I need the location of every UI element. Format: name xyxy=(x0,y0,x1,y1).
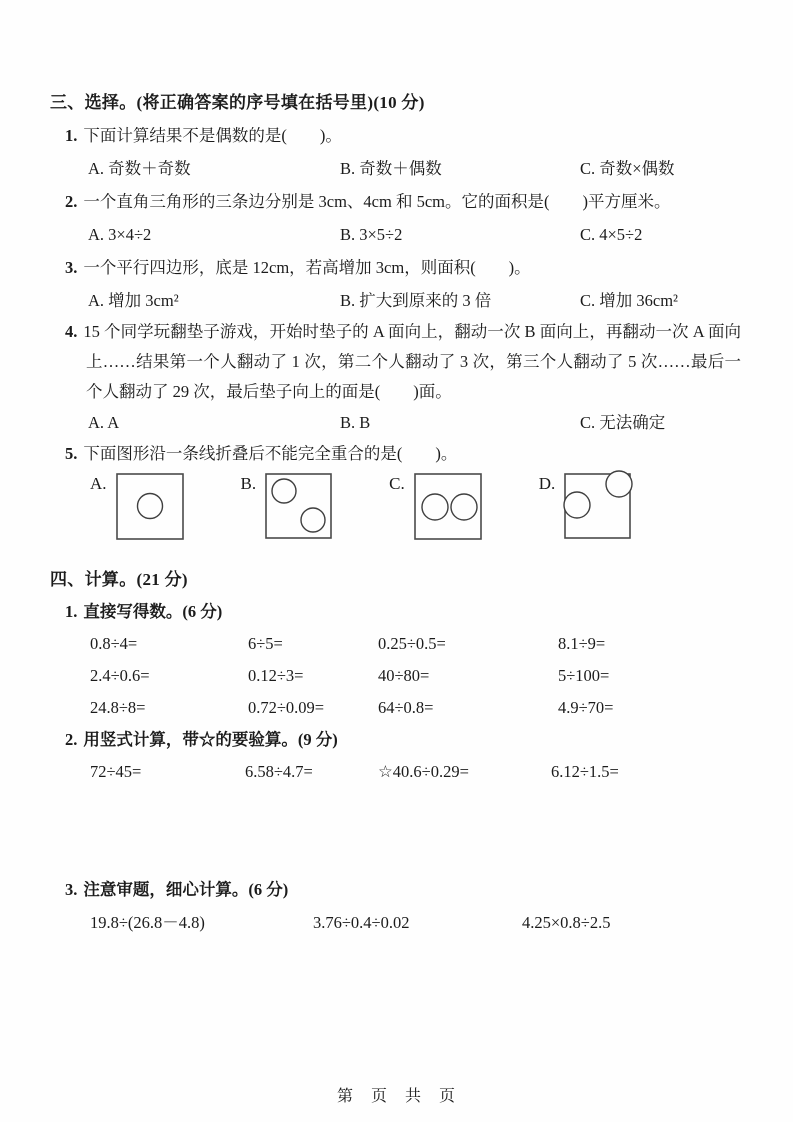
subsection-vertical-title: 2.用竖式计算，带☆的要验算。(9 分) xyxy=(50,724,755,756)
figure-circle xyxy=(272,479,296,503)
figure-label: D. xyxy=(539,474,556,494)
square-with-circles-figure xyxy=(265,473,332,539)
work-space xyxy=(50,788,755,874)
question-text: 一个直角三角形的三条边分别是 3cm、4cm 和 5cm。它的面积是( )平方厘… xyxy=(83,192,670,211)
math-problem: 5÷100= xyxy=(558,660,755,692)
math-problem: 19.8÷(26.8－4.8) xyxy=(90,906,313,939)
subsection-title-text: 直接写得数。(6 分) xyxy=(83,602,222,621)
subsection-careful-title: 3.注意审题，细心计算。(6 分) xyxy=(50,874,755,906)
math-problem-starred: ☆40.6÷0.29= xyxy=(378,756,551,788)
figure-circle xyxy=(451,494,477,520)
question-text: 下面图形沿一条线折叠后不能完全重合的是( )。 xyxy=(83,444,457,463)
math-problem: 24.8÷8= xyxy=(90,692,248,724)
question-number: 4. xyxy=(65,322,77,341)
q5-figure-b: B. xyxy=(241,473,333,539)
careful-calc-row: 19.8÷(26.8－4.8) 3.76÷0.4÷0.02 4.25×0.8÷2… xyxy=(50,906,755,939)
q5-figure-a: A. xyxy=(90,473,184,540)
direct-calc-row-2: 2.4÷0.6= 0.12÷3= 40÷80= 5÷100= xyxy=(50,660,755,692)
question-text: 一个平行四边形，底是 12cm，若高增加 3cm，则面积( )。 xyxy=(83,258,530,277)
question-4: 4.15 个同学玩翻垫子游戏，开始时垫子的 A 面向上，翻动一次 B 面向上，再… xyxy=(50,317,755,438)
direct-calc-row-3: 24.8÷8= 0.72÷0.09= 64÷0.8= 4.9÷70= xyxy=(50,692,755,724)
question-number: 1. xyxy=(65,126,77,145)
question-number: 5. xyxy=(65,444,77,463)
question-1: 1.下面计算结果不是偶数的是( )。 A. 奇数＋奇数 B. 奇数＋偶数 C. … xyxy=(50,119,755,185)
math-problem: 64÷0.8= xyxy=(378,692,558,724)
question-3-stem: 3.一个平行四边形，底是 12cm，若高增加 3cm，则面积( )。 xyxy=(50,251,755,284)
subsection-title-text: 用竖式计算，带☆的要验算。(9 分) xyxy=(83,730,337,749)
q5-figure-d: D. xyxy=(539,473,632,539)
question-1-options: A. 奇数＋奇数 B. 奇数＋偶数 C. 奇数×偶数 xyxy=(50,152,755,185)
question-text: 15 个同学玩翻垫子游戏，开始时垫子的 A 面向上，翻动一次 B 面向上，再翻动… xyxy=(83,322,741,401)
option-c: C. 4×5÷2 xyxy=(580,218,755,251)
figure-label: B. xyxy=(241,474,257,494)
math-problem: 0.8÷4= xyxy=(90,628,248,660)
figure-circle xyxy=(137,494,162,519)
option-b: B. 奇数＋偶数 xyxy=(340,152,580,185)
subsection-direct-calc: 1.直接写得数。(6 分) 0.8÷4= 6÷5= 0.25÷0.5= 8.1÷… xyxy=(50,596,755,724)
option-c: C. 增加 36cm² xyxy=(580,284,755,317)
question-2-options: A. 3×4÷2 B. 3×5÷2 C. 4×5÷2 xyxy=(50,218,755,251)
option-a: A. 奇数＋奇数 xyxy=(88,152,340,185)
q5-figure-c: C. xyxy=(389,473,482,540)
math-problem: 72÷45= xyxy=(90,756,245,788)
subsection-direct-title: 1.直接写得数。(6 分) xyxy=(50,596,755,628)
square-with-circle-figure xyxy=(116,473,184,540)
subsection-number: 2. xyxy=(65,730,77,749)
subsection-title-text: 注意审题，细心计算。(6 分) xyxy=(83,880,288,899)
math-problem: 0.72÷0.09= xyxy=(248,692,378,724)
direct-calc-row-1: 0.8÷4= 6÷5= 0.25÷0.5= 8.1÷9= xyxy=(50,628,755,660)
option-c: C. 奇数×偶数 xyxy=(580,152,755,185)
math-problem: 4.25×0.8÷2.5 xyxy=(522,906,755,939)
math-problem: 3.76÷0.4÷0.02 xyxy=(313,906,522,939)
question-3: 3.一个平行四边形，底是 12cm，若高增加 3cm，则面积( )。 A. 增加… xyxy=(50,251,755,317)
question-1-stem: 1.下面计算结果不是偶数的是( )。 xyxy=(50,119,755,152)
section-calculation-heading: 四、计算。(21 分) xyxy=(50,563,755,596)
question-4-stem: 4.15 个同学玩翻垫子游戏，开始时垫子的 A 面向上，翻动一次 B 面向上，再… xyxy=(65,317,741,407)
option-b: B. B xyxy=(340,407,580,438)
option-c: C. 无法确定 xyxy=(580,407,755,438)
option-a: A. 增加 3cm² xyxy=(88,284,340,317)
section-choice: 三、选择。(将正确答案的序号填在括号里)(10 分) 1.下面计算结果不是偶数的… xyxy=(50,86,755,545)
math-problem: 0.25÷0.5= xyxy=(378,628,558,660)
subsection-careful-calc: 3.注意审题，细心计算。(6 分) 19.8÷(26.8－4.8) 3.76÷0… xyxy=(50,874,755,939)
question-5-figures: A. B. C. xyxy=(50,473,755,545)
page-footer: 第 页 共 页 xyxy=(0,1083,793,1106)
math-problem: 8.1÷9= xyxy=(558,628,755,660)
option-a: A. 3×4÷2 xyxy=(88,218,340,251)
subsection-number: 1. xyxy=(65,602,77,621)
subsection-vertical-calc: 2.用竖式计算，带☆的要验算。(9 分) 72÷45= 6.58÷4.7= ☆4… xyxy=(50,724,755,874)
figure-circle xyxy=(606,471,632,497)
section-calculation: 四、计算。(21 分) 1.直接写得数。(6 分) 0.8÷4= 6÷5= 0.… xyxy=(50,563,755,939)
question-3-options: A. 增加 3cm² B. 扩大到原来的 3 倍 C. 增加 36cm² xyxy=(50,284,755,317)
question-5-stem: 5.下面图形沿一条线折叠后不能完全重合的是( )。 xyxy=(50,438,755,469)
math-problem: 6.58÷4.7= xyxy=(245,756,378,788)
section-choice-heading: 三、选择。(将正确答案的序号填在括号里)(10 分) xyxy=(50,86,755,119)
square-with-circles-figure xyxy=(414,473,482,540)
figure-circle xyxy=(422,494,448,520)
square-with-circles-figure xyxy=(564,473,631,539)
question-2-stem: 2.一个直角三角形的三条边分别是 3cm、4cm 和 5cm。它的面积是( )平… xyxy=(50,185,755,218)
figure-circle xyxy=(301,508,325,532)
math-problem: 4.9÷70= xyxy=(558,692,755,724)
figure-circle xyxy=(564,492,590,518)
question-4-options: A. A B. B C. 无法确定 xyxy=(50,407,755,438)
math-problem: 6÷5= xyxy=(248,628,378,660)
vertical-calc-row: 72÷45= 6.58÷4.7= ☆40.6÷0.29= 6.12÷1.5= xyxy=(50,756,755,788)
question-text: 下面计算结果不是偶数的是( )。 xyxy=(83,126,342,145)
question-number: 3. xyxy=(65,258,77,277)
question-number: 2. xyxy=(65,192,77,211)
question-2: 2.一个直角三角形的三条边分别是 3cm、4cm 和 5cm。它的面积是( )平… xyxy=(50,185,755,251)
math-problem: 2.4÷0.6= xyxy=(90,660,248,692)
math-problem: 40÷80= xyxy=(378,660,558,692)
option-b: B. 扩大到原来的 3 倍 xyxy=(340,284,580,317)
math-problem: 6.12÷1.5= xyxy=(551,756,755,788)
math-problem: 0.12÷3= xyxy=(248,660,378,692)
option-a: A. A xyxy=(88,407,340,438)
subsection-number: 3. xyxy=(65,880,77,899)
figure-label: A. xyxy=(90,474,107,494)
exam-paper-page: 三、选择。(将正确答案的序号填在括号里)(10 分) 1.下面计算结果不是偶数的… xyxy=(0,0,793,1122)
figure-label: C. xyxy=(389,474,405,494)
option-b: B. 3×5÷2 xyxy=(340,218,580,251)
question-5: 5.下面图形沿一条线折叠后不能完全重合的是( )。 A. B. xyxy=(50,438,755,545)
